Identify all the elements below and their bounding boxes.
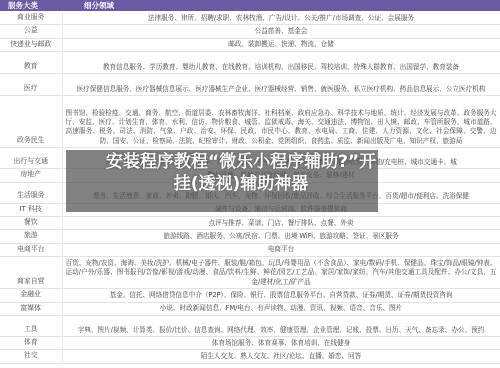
row-category: 工具 bbox=[0, 316, 62, 337]
row-category: 商家自营 bbox=[0, 257, 62, 289]
watermark-title-line2: 挂(透视)辅助神器 bbox=[66, 173, 416, 195]
row-category: 金融业 bbox=[0, 289, 62, 302]
row-domains: 陌生人交友、熟人交友、社区/论坛、直播、婚恋、问答 bbox=[62, 350, 500, 363]
table-row: 工具 字典、图片/视频、计算类、报价/比价、信息查询、网络代理、效率、健康管理、… bbox=[0, 316, 500, 337]
row-category: 富媒体 bbox=[0, 302, 62, 315]
row-category: 公益 bbox=[0, 25, 62, 38]
row-category: 医疗 bbox=[0, 74, 62, 96]
table-row: 商业服务 法律服务、律所、招聘/求职、农林牧渔、广告/设计、公关/推广/市场调查… bbox=[0, 12, 500, 25]
row-category: 餐饮 bbox=[0, 217, 62, 230]
row-domains: 医疗保健信息服务、医疗器械信息展示、医疗器械生产企业、医疗器械经营、销售、就医服… bbox=[62, 74, 500, 96]
table-row: 餐饮 点评与推荐、菜谱、门店、餐厅排队、点餐、外卖 bbox=[0, 217, 500, 230]
row-category: 房地产 bbox=[0, 169, 62, 182]
row-category: 商业服务 bbox=[0, 12, 62, 25]
row-domains: 基金、信托、网络借贷信息中介（P2P）、保险、银行、股票信息服务平台、自营贷款、… bbox=[62, 289, 500, 302]
table-row: 政务民生 图书馆、检验检疫、交通、商务、航空、街道居委、农林畜牧海洋、社科档案、… bbox=[0, 96, 500, 148]
watermark-title: 安装程序教程“微乐小程序辅助?”开 挂(透视)辅助神器 bbox=[66, 151, 416, 195]
table-row: 快递业与邮政 邮政、装卸搬运、快递、物流、仓储 bbox=[0, 38, 500, 51]
row-domains: 邮政、装卸搬运、快递、物流、仓储 bbox=[62, 38, 500, 51]
table-row: 医疗 医疗保健信息服务、医疗器械信息展示、医疗器械生产企业、医疗器械经营、销售、… bbox=[0, 74, 500, 96]
row-category: 快递业与邮政 bbox=[0, 38, 62, 51]
row-category: 旅游 bbox=[0, 230, 62, 243]
row-domains: 小说、时政新闻信息、FM/电台、有声读物、动漫、资讯、视频、语音、音乐、图片 bbox=[62, 302, 500, 315]
table-row: 社交 陌生人交友、熟人交友、社区/论坛、直播、婚恋、问答 bbox=[0, 350, 500, 363]
row-category: 出行与交通 bbox=[0, 148, 62, 169]
row-domains: 法律服务、律所、招聘/求职、农林牧渔、广告/设计、公关/推广/市场调查、公证、会… bbox=[62, 12, 500, 25]
table-row: 体育 体育场馆服务、体育赛事、体育培训、在线健身 bbox=[0, 337, 500, 350]
header-domains: 细分领域 bbox=[62, 0, 500, 12]
row-domains: 体育场馆服务、体育赛事、体育培训、在线健身 bbox=[62, 337, 500, 350]
row-domains: 点评与推荐、菜谱、门店、餐厅排队、点餐、外卖 bbox=[62, 217, 500, 230]
row-domains: 教育信息服务、学历教育、婴幼儿教育、在线教育、培训机构、出国移民、驾校培训、特殊… bbox=[62, 52, 500, 74]
row-category: 电商平台 bbox=[0, 243, 62, 256]
table-header-row: 服务大类 细分领域 bbox=[0, 0, 500, 12]
table-row: 电商平台 电商平台 bbox=[0, 243, 500, 256]
watermark-title-line1: 安装程序教程“微乐小程序辅助?”开 bbox=[66, 151, 416, 173]
row-category: IT 科技 bbox=[0, 203, 62, 216]
row-domains: 公益慈善、基金会 bbox=[62, 25, 500, 38]
row-domains: 百货、宠物/农资、海淘、美妆/洗护、机械/电子器件、服装/鞋/箱包、玩具/母婴用… bbox=[62, 257, 500, 289]
row-domains: 图书馆、检验检疫、交通、商务、航空、街道居委、农林畜牧海洋、社科档案、政府应急办… bbox=[62, 96, 500, 148]
row-category: 生活服务 bbox=[0, 182, 62, 203]
table-row: 教育 教育信息服务、学历教育、婴幼儿教育、在线教育、培训机构、出国移民、驾校培训… bbox=[0, 52, 500, 74]
table-row: 旅游 旅游线路、酒店服务、公寓/民宿、门票、出境 WiFi、旅游攻略、签证、景区… bbox=[0, 230, 500, 243]
table-row: 金融业 基金、信托、网络借贷信息中介（P2P）、保险、银行、股票信息服务平台、自… bbox=[0, 289, 500, 302]
row-category: 教育 bbox=[0, 52, 62, 74]
table-row: 公益 公益慈善、基金会 bbox=[0, 25, 500, 38]
row-category: 体育 bbox=[0, 337, 62, 350]
table-row: 商家自营 百货、宠物/农资、海淘、美妆/洗护、机械/电子器件、服装/鞋/箱包、玩… bbox=[0, 257, 500, 289]
row-domains: 字典、图片/视频、计算类、报价/比价、信息查询、网络代理、效率、健康管理、企业管… bbox=[62, 316, 500, 337]
table-row: 富媒体 小说、时政新闻信息、FM/电台、有声读物、动漫、资讯、视频、语音、音乐、… bbox=[0, 302, 500, 315]
header-category: 服务大类 bbox=[0, 0, 62, 12]
row-category: 社交 bbox=[0, 350, 62, 363]
row-domains: 旅游线路、酒店服务、公寓/民宿、门票、出境 WiFi、旅游攻略、签证、景区服务 bbox=[62, 230, 500, 243]
row-domains: 电商平台 bbox=[62, 243, 500, 256]
row-category: 政务民生 bbox=[0, 96, 62, 148]
